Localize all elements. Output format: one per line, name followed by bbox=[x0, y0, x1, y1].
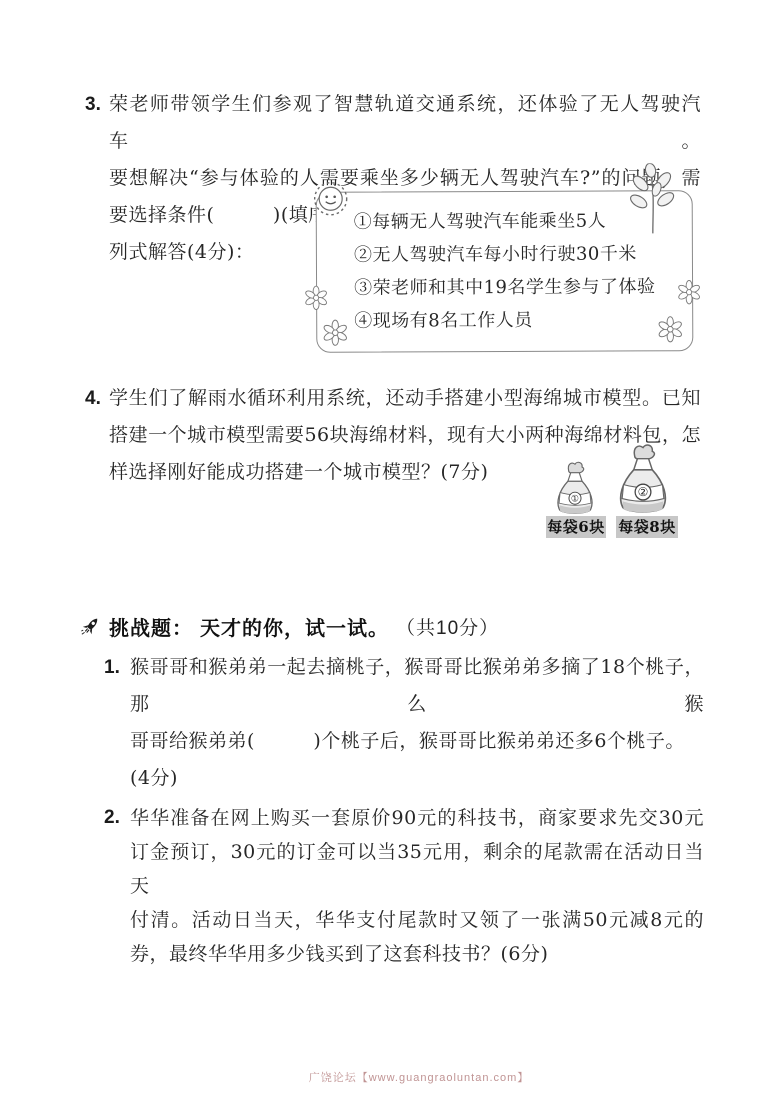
material-bags-figure: ① ② 每袋6块 每袋8块 bbox=[536, 437, 696, 541]
page-footer-watermark: 广饶论坛【www.guangraoluntan.com】 bbox=[0, 1069, 780, 1085]
condition-item-3: ③荣老师和其中19名学生参与了体验 bbox=[354, 270, 684, 304]
bag-2-label: 每袋8块 bbox=[616, 516, 678, 538]
bag-2-tag: ② bbox=[638, 485, 649, 499]
challenge-q1-line-1: 猴哥哥和猴弟弟一起去摘桃子，猴哥哥比猴弟弟多摘了18个桃子，那么猴 bbox=[130, 649, 704, 723]
condition-item-4: ④现场有8名工作人员 bbox=[354, 303, 684, 337]
material-bag-small: ① bbox=[548, 460, 602, 518]
flower-icon bbox=[656, 315, 684, 343]
question-3-number: 3. bbox=[85, 86, 101, 123]
flower-icon bbox=[303, 285, 329, 311]
question-4-number: 4. bbox=[85, 380, 101, 417]
bag-1-label: 每袋6块 bbox=[546, 516, 606, 538]
challenge-subtitle: 天才的你，试一试。 bbox=[200, 612, 389, 641]
challenge-q2-line-3: 付清。活动日当天，华华支付尾款时又领了一张满50元减8元的 bbox=[130, 903, 704, 937]
question-3-line-1: 荣老师带领学生们参观了智慧轨道交通系统，还体验了无人驾驶汽车。 bbox=[85, 86, 701, 160]
material-bag-large: ② bbox=[610, 442, 676, 518]
worksheet-page: 3. 荣老师带领学生们参观了智慧轨道交通系统，还体验了无人驾驶汽车。 要想解决“… bbox=[0, 0, 780, 1103]
smiling-sun-icon bbox=[311, 179, 351, 219]
challenge-section: 挑战题： 天才的你，试一试。 （共10分） 1. 猴哥哥和猴弟弟一起去摘桃子，猴… bbox=[80, 611, 704, 971]
condition-item-2: ②无人驾驶汽车每小时行驶30千米 bbox=[354, 237, 684, 271]
challenge-q2-line-1: 华华准备在网上购买一套原价90元的科技书，商家要求先交30元 bbox=[130, 801, 704, 835]
challenge-question-2: 2. 华华准备在网上购买一套原价90元的科技书，商家要求先交30元 订金预订，3… bbox=[80, 801, 704, 971]
challenge-title: 挑战题： bbox=[109, 612, 193, 641]
challenge-header: 挑战题： 天才的你，试一试。 （共10分） bbox=[80, 611, 704, 641]
challenge-q1-line-2: 哥哥给猴弟弟( )个桃子后，猴哥哥比猴弟弟还多6个桃子。(4分) bbox=[130, 723, 704, 797]
challenge-question-1: 1. 猴哥哥和猴弟弟一起去摘桃子，猴哥哥比猴弟弟多摘了18个桃子，那么猴 哥哥给… bbox=[80, 649, 704, 797]
bag-1-tag: ① bbox=[571, 493, 579, 504]
challenge-q2-number: 2. bbox=[104, 801, 120, 835]
challenge-q2-line-2: 订金预订，30元的订金可以当35元用，剩余的尾款需在活动日当天 bbox=[130, 835, 704, 903]
condition-box: ①每辆无人驾驶汽车能乘坐5人 ②无人驾驶汽车每小时行驶30千米 ③荣老师和其中1… bbox=[316, 190, 694, 353]
question-4-line-1: 学生们了解雨水循环利用系统，还动手搭建小型海绵城市模型。已知 bbox=[85, 380, 701, 417]
rocket-icon bbox=[80, 615, 102, 637]
flower-icon bbox=[321, 319, 349, 347]
flower-icon bbox=[676, 279, 702, 305]
challenge-points: （共10分） bbox=[396, 613, 499, 640]
plant-icon bbox=[624, 163, 682, 235]
challenge-q1-number: 1. bbox=[104, 649, 120, 686]
challenge-q2-line-4: 券，最终华华用多少钱买到了这套科技书？(6分) bbox=[130, 937, 704, 971]
